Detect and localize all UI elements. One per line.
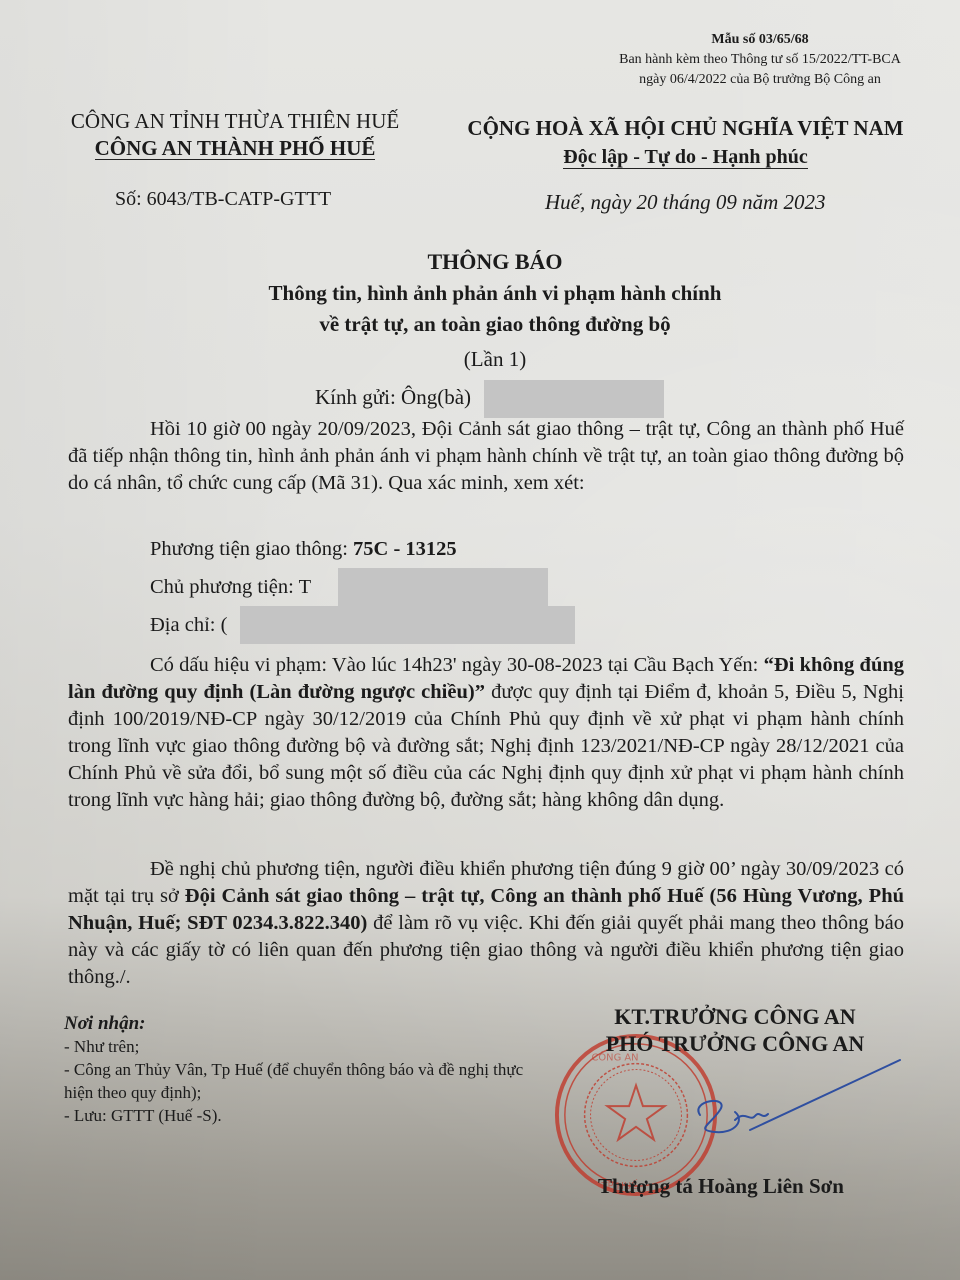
greeting: Kính gửi: Ông(bà) <box>315 380 664 418</box>
doc-title: THÔNG BÁO <box>180 246 810 278</box>
agency-name: CÔNG AN THÀNH PHỐ HUẾ <box>95 137 376 160</box>
agency-header: CÔNG AN TỈNH THỪA THIÊN HUẾ CÔNG AN THÀN… <box>40 108 430 162</box>
recipient-item: - Công an Thủy Vân, Tp Huế (để chuyển th… <box>64 1058 524 1104</box>
country-name: CỘNG HOÀ XÃ HỘI CHỦ NGHĨA VIỆT NAM <box>448 114 923 142</box>
attempt-number: (Lần 1) <box>180 342 810 376</box>
request-paragraph: Đề nghị chủ phương tiện, người điều khiể… <box>68 856 904 991</box>
handwritten-signature-icon <box>690 1050 920 1160</box>
vehicle-field: Phương tiện giao thông: 75C - 13125 <box>150 538 457 561</box>
vehicle-plate: 75C - 13125 <box>353 538 457 560</box>
vehicle-label: Phương tiện giao thông: <box>150 538 353 560</box>
intro-text: Hồi 10 giờ 00 ngày 20/09/2023, Đội Cảnh … <box>68 418 904 494</box>
violation-paragraph: Có dấu hiệu vi phạm: Vào lúc 14h23' ngày… <box>68 652 904 814</box>
national-motto: Độc lập - Tự do - Hạnh phúc <box>563 146 807 169</box>
redacted-owner-name <box>338 568 548 608</box>
greeting-label: Kính gửi: Ông(bà) <box>315 385 471 409</box>
address-partial: ( <box>221 614 228 636</box>
recipient-item: - Như trên; <box>64 1035 524 1058</box>
recipients-block: Nơi nhận: - Như trên; - Công an Thủy Vân… <box>64 1012 524 1127</box>
title-block: THÔNG BÁO Thông tin, hình ảnh phản ánh v… <box>180 246 810 376</box>
violation-lead: Có dấu hiệu vi phạm: Vào lúc 14h23' ngày… <box>150 654 764 676</box>
document-number: Số: 6043/TB-CATP-GTTT <box>115 188 331 211</box>
intro-paragraph: Hồi 10 giờ 00 ngày 20/09/2023, Đội Cảnh … <box>68 416 904 497</box>
doc-subtitle-2: về trật tự, an toàn giao thông đường bộ <box>180 309 810 340</box>
national-header: CỘNG HOÀ XÃ HỘI CHỦ NGHĨA VIỆT NAM Độc l… <box>448 114 923 170</box>
address-label: Địa chỉ: <box>150 614 221 636</box>
form-code-block: Mẫu số 03/65/68 Ban hành kèm theo Thông … <box>560 30 960 90</box>
address-field: Địa chỉ: ( <box>150 614 227 637</box>
form-code-line-2: ngày 06/4/2022 của Bộ trưởng Bộ Công an <box>560 70 960 90</box>
agency-parent: CÔNG AN TỈNH THỪA THIÊN HUẾ <box>40 108 430 135</box>
signature-title-1: KT.TRƯỞNG CÔNG AN <box>555 1003 915 1030</box>
signer-name: Thượng tá Hoàng Liên Sơn <box>598 1174 844 1199</box>
redacted-address <box>240 606 575 644</box>
doc-subtitle-1: Thông tin, hình ảnh phản ánh vi phạm hàn… <box>180 278 810 309</box>
redacted-recipient-name <box>484 380 664 418</box>
signature-title-2: PHÓ TRƯỞNG CÔNG AN <box>555 1030 915 1057</box>
signature-block: KT.TRƯỞNG CÔNG AN PHÓ TRƯỞNG CÔNG AN <box>555 1003 915 1057</box>
recipients-heading: Nơi nhận: <box>64 1012 524 1035</box>
owner-field: Chủ phương tiện: T <box>150 576 311 599</box>
form-code: Mẫu số 03/65/68 <box>560 30 960 50</box>
place-date: Huế, ngày 20 tháng 09 năm 2023 <box>545 190 826 215</box>
recipient-item: - Lưu: GTTT (Huế -S). <box>64 1104 524 1127</box>
form-code-line-1: Ban hành kèm theo Thông tư số 15/2022/TT… <box>560 50 960 70</box>
owner-partial: T <box>299 576 312 598</box>
owner-label: Chủ phương tiện: <box>150 576 299 598</box>
